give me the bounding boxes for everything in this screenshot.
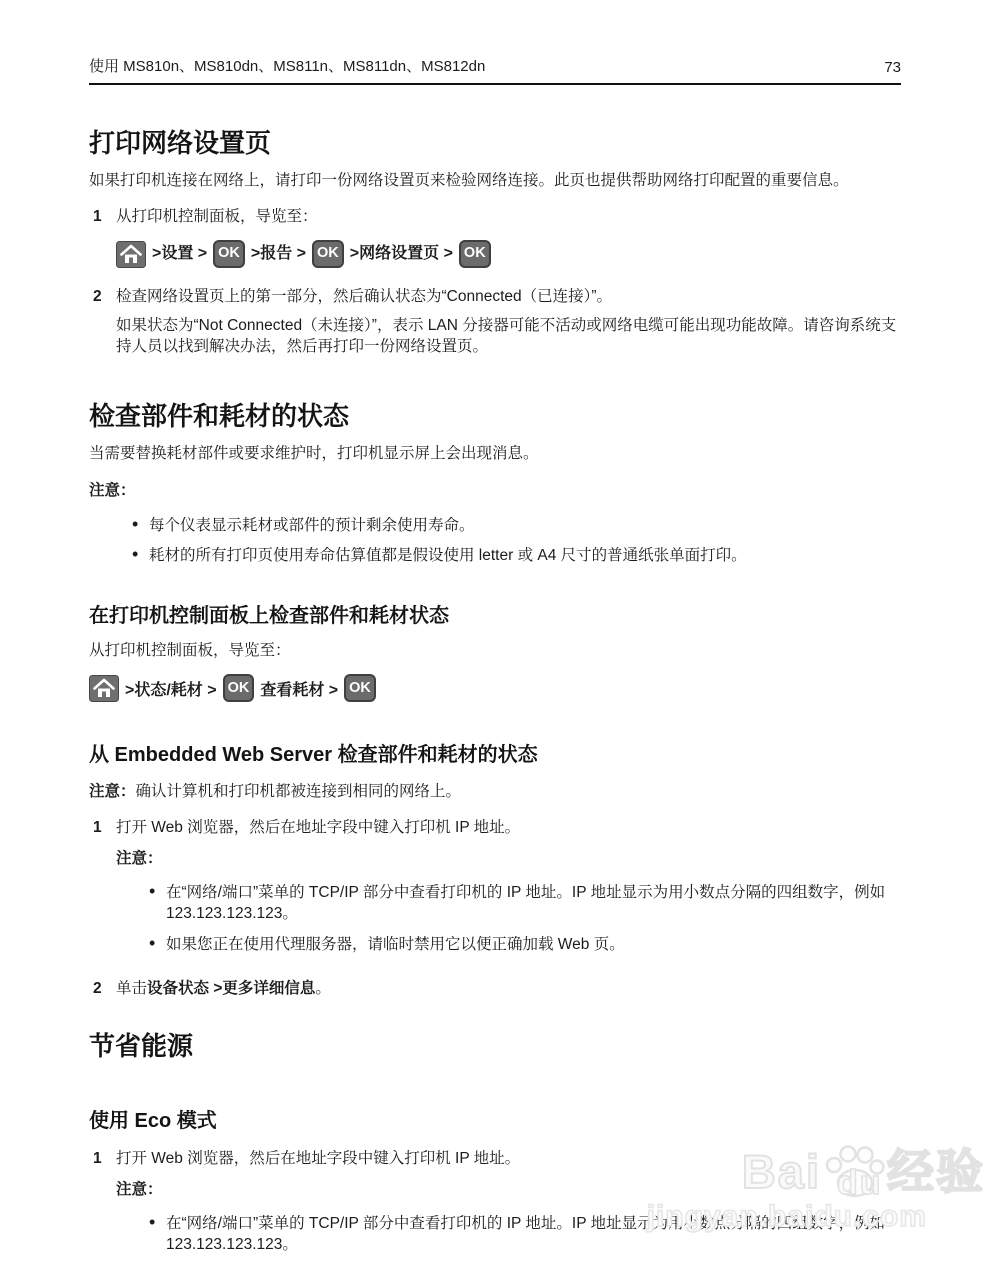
step-1: 1 打开 Web 浏览器，然后在地址字段中键入打印机 IP 地址。 注意： 在“… xyxy=(89,817,901,965)
section-intro: 如果打印机连接在网络上，请打印一份网络设置页来检验网络连接。此页也提供帮助网络打… xyxy=(89,170,901,192)
notes-label: 注意： xyxy=(116,850,163,867)
header-title: 使用 MS810n、MS810dn、MS811n、MS811dn、MS812dn xyxy=(89,55,485,76)
step-2: 2 单击设备状态 >更多详细信息。 xyxy=(89,978,901,1000)
menu-path: 设备状态 >更多详细信息 xyxy=(147,980,315,997)
home-icon xyxy=(116,241,146,268)
step-text: 打开 Web 浏览器，然后在地址字段中键入打印机 IP 地址。 xyxy=(116,819,520,836)
control-panel-nav: >状态/耗材 >OK查看耗材 >OK xyxy=(89,670,901,706)
subsection-title-ews-check: 从 Embedded Web Server 检查部件和耗材的状态 xyxy=(89,742,901,768)
step-2: 2 检查网络设置页上的第一部分，然后确认状态为“Connected（已连接）”。… xyxy=(89,286,901,358)
note: 注意：确认计算机和打印机都被连接到相同的网络上。 xyxy=(89,781,901,803)
ok-button-icon: OK xyxy=(459,240,491,268)
baidu-paw-icon: du xyxy=(823,1143,885,1201)
subsection-title-panel-check: 在打印机控制面板上检查部件和耗材状态 xyxy=(89,603,901,629)
page-header: 使用 MS810n、MS810dn、MS811n、MS811dn、MS812dn… xyxy=(89,55,901,85)
manual-page: 使用 MS810n、MS810dn、MS811n、MS811dn、MS812dn… xyxy=(0,0,989,1280)
subsection-title-eco-mode: 使用 Eco 模式 xyxy=(89,1108,901,1134)
page-content: 使用 MS810n、MS810dn、MS811n、MS811dn、MS812dn… xyxy=(89,55,901,1265)
control-panel-nav: >设置 >OK>报告 >OK>网络设置页 >OK xyxy=(116,236,901,272)
section-title-save-energy: 节省能源 xyxy=(89,1030,901,1062)
nav-menu-label: >网络设置页 > xyxy=(350,243,453,265)
step-text-prefix: 单击 xyxy=(116,980,147,997)
nav-menu-label: >报告 > xyxy=(251,243,306,265)
page-number: 73 xyxy=(884,59,901,76)
note-item: 如果您正在使用代理服务器，请临时禁用它以便正确加载 Web 页。 xyxy=(166,934,901,956)
ok-button-icon: OK xyxy=(223,674,255,702)
step-number: 1 xyxy=(89,1148,116,1265)
subsection-intro: 从打印机控制面板，导览至： xyxy=(89,640,901,662)
step-number: 1 xyxy=(89,206,116,273)
baidu-jingyan-watermark: Bai du 经验 jingyan.baidu.com xyxy=(647,1142,985,1234)
note-item: 每个仪表显示耗材或部件的预计剩余使用寿命。 xyxy=(149,515,901,537)
notes-label: 注意： xyxy=(89,482,136,499)
ok-button-icon: OK xyxy=(344,674,376,702)
note-text: 确认计算机和打印机都被连接到相同的网络上。 xyxy=(136,783,462,800)
ok-button-icon: OK xyxy=(213,240,245,268)
nav-menu-label: >设置 > xyxy=(152,243,207,265)
step-text: 检查网络设置页上的第一部分，然后确认状态为“Connected（已连接）”。 xyxy=(116,288,612,305)
notes-label: 注意： xyxy=(116,1181,163,1198)
nav-menu-label: 查看耗材 > xyxy=(260,677,338,700)
step-text-suffix: 。 xyxy=(315,980,331,997)
ok-button-icon: OK xyxy=(312,240,344,268)
section-title-check-supplies: 检查部件和耗材的状态 xyxy=(89,400,901,432)
watermark-brand-cn: 经验 xyxy=(887,1142,985,1202)
step-detail: 如果状态为“Not Connected（未连接）”，表示 LAN 分接器可能不活… xyxy=(116,315,901,358)
note-item: 耗材的所有打印页使用寿命估算值都是假设使用 letter 或 A4 尺寸的普通纸… xyxy=(149,545,901,567)
note-item: 在“网络/端口”菜单的 TCP/IP 部分中查看打印机的 IP 地址。IP 地址… xyxy=(166,882,901,925)
step-text: 从打印机控制面板，导览至： xyxy=(116,208,318,225)
notes-list: 在“网络/端口”菜单的 TCP/IP 部分中查看打印机的 IP 地址。IP 地址… xyxy=(116,882,901,956)
step-number: 2 xyxy=(89,978,116,1000)
step-number: 2 xyxy=(89,286,116,358)
step-1: 1 从打印机控制面板，导览至： >设置 >OK>报告 >OK>网络设置页 >OK xyxy=(89,206,901,273)
watermark-brand-du: du xyxy=(837,1153,883,1213)
section-title-print-network-page: 打印网络设置页 xyxy=(89,127,901,159)
nav-menu-label: >状态/耗材 > xyxy=(125,677,217,700)
step-number: 1 xyxy=(89,817,116,965)
section-intro: 当需要替换耗材部件或要求维护时，打印机显示屏上会出现消息。 xyxy=(89,443,901,465)
watermark-url: jingyan.baidu.com xyxy=(647,1200,985,1234)
note-label: 注意： xyxy=(89,783,136,800)
watermark-brand-bai: Bai xyxy=(742,1142,821,1202)
home-icon xyxy=(89,675,119,702)
notes-list: 每个仪表显示耗材或部件的预计剩余使用寿命。 耗材的所有打印页使用寿命估算值都是假… xyxy=(89,515,901,567)
step-text: 打开 Web 浏览器，然后在地址字段中键入打印机 IP 地址。 xyxy=(116,1150,520,1167)
